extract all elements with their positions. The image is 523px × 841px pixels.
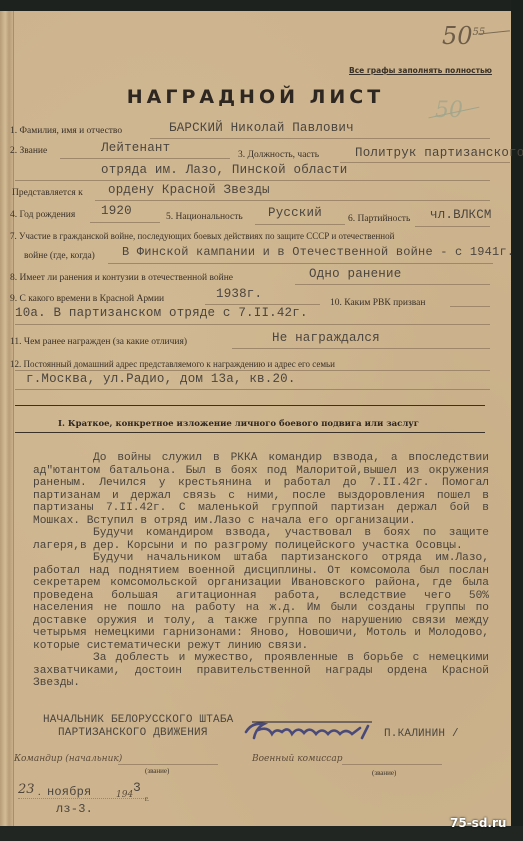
presented-underline xyxy=(95,200,490,201)
field-1-name-value: БАРСКИЙ Николай Павлович xyxy=(169,121,354,135)
field-9-underline xyxy=(205,304,320,305)
deed-paragraph: За доблесть и мужество, проявленные в бо… xyxy=(33,652,489,690)
date-year-prefix: 194 xyxy=(116,790,133,800)
fill-all-fields-note: Все графы заполнять полностью xyxy=(349,66,492,75)
field-2-rank-value: Лейтенант xyxy=(101,141,170,155)
field-11-underline xyxy=(232,348,490,349)
handwritten-signature xyxy=(242,718,374,742)
field-6-underline xyxy=(415,226,490,227)
scan-frame-bottom xyxy=(0,826,523,841)
date-year-g: г. xyxy=(145,795,149,803)
field-3-underline xyxy=(340,162,510,163)
field-3-label: 3. Должность, часть xyxy=(238,150,319,160)
wounds-value: Одно ранение xyxy=(309,267,401,281)
commander-rank-hint: (звание) xyxy=(145,767,169,775)
document-ref: лз-3. xyxy=(56,802,93,816)
document-title: НАГРАДНОЙ ЛИСТ xyxy=(0,86,511,108)
field-10a-underline xyxy=(15,324,490,325)
date-day-dot: . xyxy=(38,787,41,798)
commander-signature-line xyxy=(118,764,218,765)
site-watermark: 75-sd.ru xyxy=(450,816,506,830)
army-since-value: 1938г. xyxy=(216,287,262,301)
field-5-underline xyxy=(255,224,345,225)
field-3-position-value: Политрук партизанского xyxy=(355,146,523,160)
presented-to-label: Представляется к xyxy=(12,188,83,198)
field-10-underline xyxy=(450,306,490,307)
field-6-label: 6. Партийность xyxy=(348,214,410,224)
field-12-underline-2 xyxy=(15,389,490,390)
war-participation-value: В Финской кампании и в Отечественной вой… xyxy=(122,245,514,259)
field-1-label: 1. Фамилия, имя и отчество xyxy=(10,126,122,136)
signatory-title-line2: ПАРТИЗАНСКОГО ДВИЖЕНИЯ xyxy=(58,727,208,739)
field-8-underline xyxy=(295,284,490,285)
field-3-position-value-line2: отряда им. Лазо, Пинской области xyxy=(101,163,347,177)
field-8-label: 8. Имеет ли ранения и контузии в отечест… xyxy=(10,273,233,283)
home-address-value: г.Москва, ул.Радио, дом 13а, кв.20. xyxy=(26,372,296,386)
commissar-label: Военный комиссар xyxy=(252,754,342,764)
commissar-signature-line xyxy=(342,764,442,765)
field-12-label: 12. Постоянный домашний адрес представля… xyxy=(10,359,335,369)
field-12-underline xyxy=(15,370,490,371)
signatory-title-line1: НАЧАЛЬНИК БЕЛОРУССКОГО ШТАБА xyxy=(43,714,233,726)
field-9-label: 9. С какого времени в Красной Армии xyxy=(10,294,164,304)
deed-paragraph: Будучи командиром взвода, участвовал в б… xyxy=(33,527,489,552)
award-value: ордену Красной Звезды xyxy=(108,183,270,197)
section-title: I. Краткое, конкретное изложение личного… xyxy=(58,419,419,429)
field-1-underline xyxy=(150,138,490,139)
partisan-since-value: 10а. В партизанском отряде с 7.II.42г. xyxy=(15,306,308,320)
deed-paragraph: Будучи начальником штаба партизанского о… xyxy=(33,552,489,652)
commander-label: Командир (начальник) xyxy=(14,754,122,764)
field-10-label: 10. Каким РВК призван xyxy=(330,298,425,308)
field-7-underline xyxy=(108,263,493,264)
previous-awards-value: Не награждался xyxy=(272,331,380,345)
field-2-underline xyxy=(60,158,230,159)
nationality-value: Русский xyxy=(268,206,322,220)
date-month: ноября xyxy=(47,785,91,799)
section-bottom-rule xyxy=(15,432,485,433)
date-day: 23 xyxy=(18,782,35,797)
field-3-underline-2 xyxy=(15,180,490,181)
section-top-rule xyxy=(15,405,485,406)
field-4-underline xyxy=(90,222,160,223)
signatory-name: П.КАЛИНИН / xyxy=(384,728,459,740)
deed-description: До войны служил в РККА командир взвода, … xyxy=(33,452,489,690)
field-4-label: 4. Год рождения xyxy=(10,210,75,220)
birth-year-value: 1920 xyxy=(101,204,132,218)
field-11-label: 11. Чем ранее награжден (за какие отличи… xyxy=(10,337,187,347)
field-7-label: 7. Участие в гражданской войне, последую… xyxy=(10,231,394,241)
archive-page-number: 5055 xyxy=(442,22,485,50)
field-5-label: 5. Национальность xyxy=(166,212,243,222)
field-2-label: 2. Звание xyxy=(10,146,47,156)
party-value: чл.ВЛКСМ xyxy=(430,208,492,222)
field-7-label-2: войне (где, когда) xyxy=(24,251,95,261)
date-year-suffix: 3 xyxy=(133,780,141,795)
commissar-rank-hint: (звание) xyxy=(372,769,396,777)
scan-frame-right xyxy=(511,0,523,841)
deed-paragraph: До войны служил в РККА командир взвода, … xyxy=(33,452,489,527)
